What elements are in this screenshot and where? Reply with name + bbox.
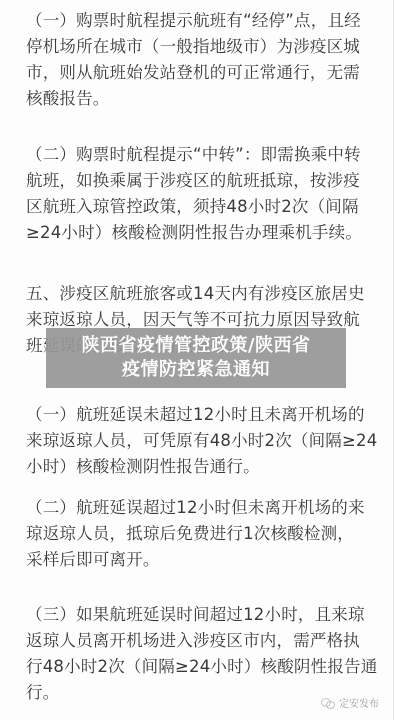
text-line: 市，则从航班始发站登机的可正常通行，无需 bbox=[26, 60, 366, 86]
text-line: 核酸报告。 bbox=[26, 86, 366, 112]
paragraph-delay-over-12h-in-airport: （二）航班延误超过12小时但未离开机场的来 琼返琼人员，抵琼后免费进行1次核酸检… bbox=[26, 495, 366, 573]
headline-line-1: 陕西省疫情管控政策/陕西省 bbox=[81, 334, 310, 358]
watermark-label: 定安发布 bbox=[339, 695, 379, 710]
text-line: 来琼返琼人员，可凭原有48小时2次（间隔≥24 bbox=[26, 428, 366, 454]
paragraph-stopover: （一）购票时航程提示航班有“经停”点，且经 停机场所在城市（一般指地级市）为涉疫… bbox=[26, 8, 366, 112]
text-line: （一）航班延误未超过12小时且未离开机场的 bbox=[26, 402, 366, 428]
paragraph-transfer: （二）购票时航程提示“中转”：即需换乘中转 航班，如换乘属于涉疫区的航班抵琼，按… bbox=[26, 142, 366, 246]
headline-overlay: 陕西省疫情管控政策/陕西省 疫情防控紧急通知 bbox=[46, 328, 346, 388]
text-line: 航班，如换乘属于涉疫区的航班抵琼，按涉疫 bbox=[26, 168, 366, 194]
text-line: 采样后即可离开。 bbox=[26, 547, 366, 573]
paragraph-delay-under-12h: （一）航班延误未超过12小时且未离开机场的 来琼返琼人员，可凭原有48小时2次（… bbox=[26, 402, 366, 480]
text-line: （一）购票时航程提示航班有“经停”点，且经 bbox=[26, 8, 366, 34]
text-line: 琼返琼人员，抵琼后免费进行1次核酸检测， bbox=[26, 521, 366, 547]
text-line: （二）航班延误超过12小时但未离开机场的来 bbox=[26, 495, 366, 521]
source-watermark: 定安发布 bbox=[321, 695, 379, 710]
text-line: ≥24小时）核酸检测阴性报告办理乘机手续。 bbox=[26, 220, 366, 246]
text-line: 返琼人员离开机场进入涉疫区市内，需严格执 bbox=[26, 628, 366, 654]
text-line: 小时）核酸检测阴性报告通行。 bbox=[26, 454, 366, 480]
text-line: 行。 bbox=[26, 680, 366, 706]
text-line: （二）购票时航程提示“中转”：即需换乘中转 bbox=[26, 142, 366, 168]
paragraph-delay-over-12h-left-airport: （三）如果航班延误时间超过12小时，且来琼 返琼人员离开机场进入涉疫区市内，需严… bbox=[26, 602, 366, 706]
text-line: 停机场所在城市（一般指地级市）为涉疫区城 bbox=[26, 34, 366, 60]
wechat-icon bbox=[321, 698, 335, 708]
text-line: 五、涉疫区航班旅客或14天内有涉疫区旅居史 bbox=[26, 281, 366, 307]
text-line: 行48小时2次（间隔≥24小时）核酸阴性报告通 bbox=[26, 654, 366, 680]
text-line: 区航班入琼管控政策，须持48小时2次（间隔 bbox=[26, 194, 366, 220]
headline-line-2: 疫情防控紧急通知 bbox=[122, 358, 270, 382]
text-line: （三）如果航班延误时间超过12小时，且来琼 bbox=[26, 602, 366, 628]
